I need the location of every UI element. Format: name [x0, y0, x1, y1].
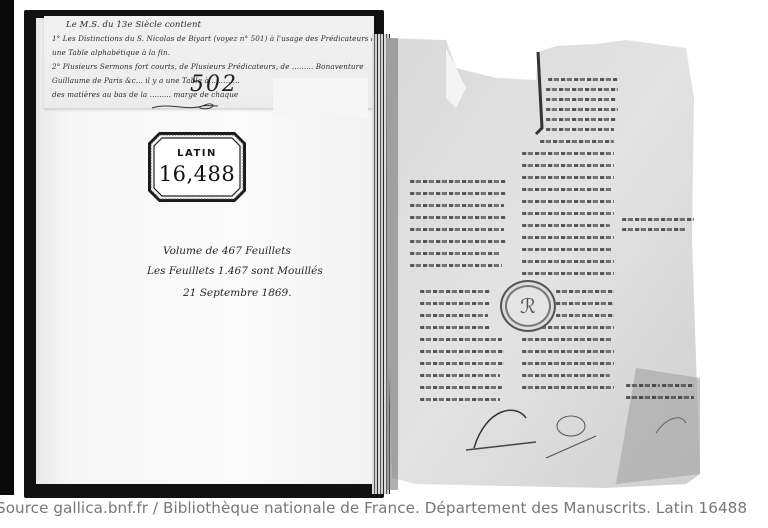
shelfmark-collection: LATIN	[147, 148, 247, 159]
pen-flourish-icon	[150, 100, 220, 112]
note-line-4: 2° Plusieurs Sermons fort courts, de Plu…	[52, 62, 364, 71]
folio-reference: 502	[190, 72, 238, 97]
shelfmark-number: 16,488	[147, 162, 247, 186]
note-line-3: une Table alphabétique à la fin.	[52, 48, 170, 57]
manuscript-viewer: Le M.S. du 13e Siècle contient 1° Les Di…	[0, 0, 768, 528]
source-credit: Source gallica.bnf.fr / Bibliothèque nat…	[0, 499, 768, 517]
note-line-2: 1° Les Distinctions du S. Nicolas de Biy…	[52, 34, 388, 43]
binding-cover-edge	[0, 0, 14, 495]
library-seal-icon: ℛ	[500, 280, 556, 332]
note-line-1: Le M.S. du 13e Siècle contient	[66, 20, 201, 30]
paper-patch	[273, 78, 368, 118]
shelfmark-label: LATIN 16,488	[147, 131, 247, 203]
volume-note-line-1: Volume de 467 Feuillets	[163, 245, 291, 257]
volume-note-line-2: Les Feuillets 1.467 sont Mouillés	[147, 265, 323, 277]
volume-note-line-3: 21 Septembre 1869.	[183, 287, 292, 299]
seal-monogram-icon: ℛ	[502, 282, 554, 330]
